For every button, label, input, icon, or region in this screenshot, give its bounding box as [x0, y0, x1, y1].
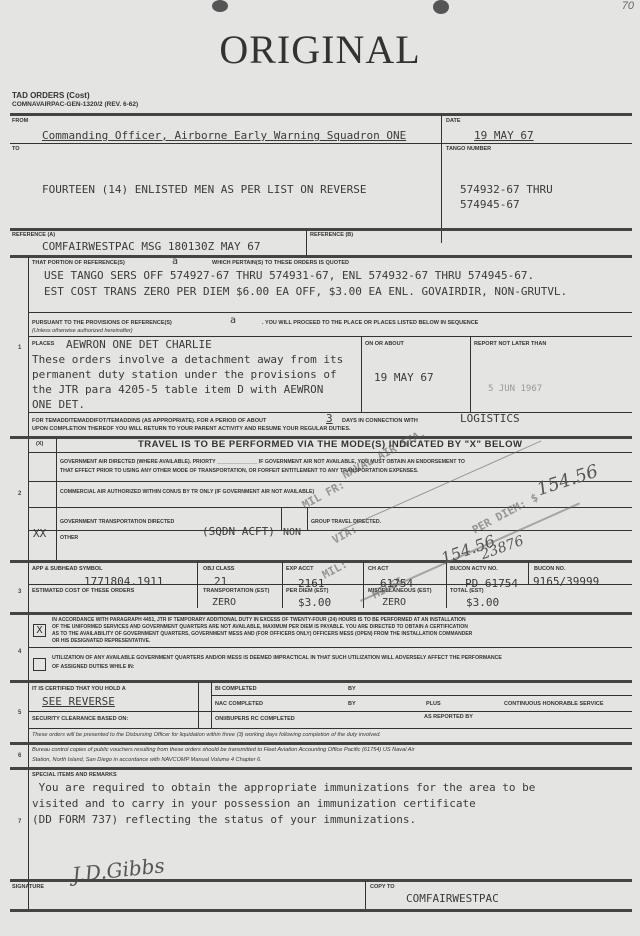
obj-label: OBJ CLASS [203, 566, 234, 572]
divider [282, 562, 283, 608]
quarters-certification-checkbox[interactable]: X [33, 624, 46, 637]
section-number: 1 [18, 345, 21, 351]
continuous-service-label: CONTINUOUS HONORABLE SERVICE [504, 701, 604, 707]
disbursing-note: These orders will be presented to the Di… [32, 730, 381, 740]
remarks-line: visited and to carry in your possession … [32, 797, 476, 810]
pursuant-ref: a [230, 315, 236, 326]
stamp-via: VIA: [330, 523, 360, 547]
bucon-label: BUCON NO. [534, 566, 565, 572]
divider [28, 530, 632, 531]
places-label: PLACES [32, 341, 54, 347]
divider [10, 612, 632, 615]
divider [211, 695, 632, 696]
from-label: FROM [12, 118, 28, 124]
plus-label: PLUS [426, 701, 441, 707]
divider [28, 312, 632, 313]
divider [446, 562, 447, 608]
misc-value: ZERO [382, 597, 406, 608]
section-number: 3 [18, 589, 21, 595]
certified-label: IT IS CERTIFIED THAT YOU HOLD A [32, 686, 126, 692]
app-value: 1771804.1911 [84, 575, 163, 588]
punch-hole [433, 0, 449, 14]
divider [28, 711, 632, 712]
divider [306, 230, 307, 255]
margin-line [28, 257, 29, 909]
divider [197, 562, 198, 608]
gov-transport-mark: XX [33, 527, 46, 540]
divider [10, 560, 632, 563]
date-value: 19 MAY 67 [474, 129, 534, 142]
bucon-value: 9165/39999 [533, 575, 599, 588]
bucon-activity-label: BUCON ACTV NO. [450, 566, 498, 572]
per-diem-label: PER DIEM (est) [286, 588, 328, 594]
page-number: 70 [622, 0, 634, 12]
report-date-stamp: 5 JUN 1967 [488, 384, 542, 394]
to-label: TO [12, 146, 20, 152]
reference-a-value: COMFAIRWESTPAC MSG 180130Z MAY 67 [42, 240, 261, 253]
divider [211, 682, 212, 729]
handwritten-amount: 154.56 [534, 461, 600, 500]
divider [281, 507, 282, 530]
ch-label: CH ACT [368, 566, 389, 572]
connection-value: LOGISTICS [460, 412, 520, 425]
quoted-label-post: WHICH PERTAIN(S) TO THESE ORDERS IS QUOT… [212, 260, 349, 266]
divider [441, 115, 442, 243]
section-number: 6 [18, 753, 21, 759]
on-or-about-label: ON OR ABOUT [365, 341, 404, 347]
exp-label: EXP ACCT [286, 566, 314, 572]
bi-by-label: BY [348, 686, 356, 692]
from-value: Commanding Officer, Airborne Early Warni… [42, 129, 406, 142]
section4-para1-line: OF THE UNIFORMED SERVICES AND GOVERNMENT… [52, 624, 468, 631]
place-value: AEWRON ONE DET CHARLIE [66, 338, 212, 351]
divider [10, 909, 632, 912]
copy-to-label: COPY TO [370, 884, 395, 890]
form-number: COMNAVAIRPAC-GEN-1320/2 (REV. 6-62) [12, 101, 138, 108]
to-value: FOURTEEN (14) ENLISTED MEN AS PER LIST O… [42, 183, 367, 196]
quoted-ref: a [172, 256, 178, 267]
section6-line2: Station, North Island, San Diego in acco… [32, 755, 262, 765]
divider [28, 647, 632, 648]
divider [10, 680, 632, 683]
total-label: TOTAL (est) [450, 588, 484, 594]
quoted-line2: EST COST TRANS ZERO PER DIEM $6.00 EA OF… [44, 285, 567, 298]
tango-label: TANGO NUMBER [446, 146, 491, 152]
divider [363, 562, 364, 608]
pursuant-label-pre: PURSUANT TO THE PROVISIONS OF REFERENCE(… [32, 320, 172, 326]
divider [10, 143, 632, 144]
period-days: 3 [326, 412, 333, 425]
section1-body-line: permanent duty station under the provisi… [32, 368, 337, 381]
remarks-line: (DD FORM 737) reflecting the status of y… [32, 813, 416, 826]
original-stamp-title: ORIGINAL [0, 26, 640, 73]
impractical-quarters-checkbox[interactable] [33, 658, 46, 671]
divider [10, 879, 632, 882]
report-label: REPORT NOT LATER THAN [474, 341, 546, 347]
tango-line2: 574945-67 [460, 198, 520, 211]
section4-para2-line: UTILIZATION OF ANY AVAILABLE GOVERNMENT … [52, 655, 502, 662]
punch-hole [212, 0, 228, 12]
estimated-cost-label: ESTIMATED COST OF THESE ORDERS [32, 588, 134, 594]
reference-b-label: REFERENCE (b) [310, 232, 353, 238]
gov-transport-value: (SQDN ACFT) [202, 525, 275, 538]
section-number: 5 [18, 710, 21, 716]
section4-para1-line: IN ACCORDANCE WITH PARAGRAPH 4451, JTR I… [52, 617, 466, 624]
obj-value: 21 [214, 575, 227, 588]
section4-para1-line: OR HIS DESIGNATED REPRESENTATIVE. [52, 638, 150, 645]
divider [28, 452, 632, 453]
divider [10, 255, 632, 258]
signature-label: SIGNATURE [12, 884, 44, 890]
divider [56, 438, 57, 560]
gov-transport-label: GOVERNMENT TRANSPORTATION DIRECTED [60, 519, 174, 526]
reported-by-label: AS REPORTED BY [424, 714, 473, 720]
total-value: $3.00 [466, 596, 499, 609]
transportation-value: ZERO [212, 597, 236, 608]
gov-air-line1: GOVERNMENT AIR DIRECTED (Where Available… [60, 459, 465, 466]
section-number: 4 [18, 649, 21, 655]
divider [361, 336, 362, 412]
quoted-label-pre: THAT PORTION OF REFERENCE(S) [32, 260, 125, 266]
section1-body-line: ONE DET. [32, 398, 85, 411]
other-label: OTHER [60, 535, 78, 542]
copy-to-value: COMFAIRWESTPAC [406, 892, 499, 905]
form-name: TAD ORDERS (Cost) [12, 91, 90, 100]
divider [198, 682, 199, 729]
commercial-air: COMMERCIAL AIR AUTHORIZED WITHIN CONUS B… [60, 489, 314, 496]
group-travel-label: GROUP TRAVEL DIRECTED. [311, 519, 381, 526]
clearance-value: SEE REVERSE [42, 695, 115, 708]
divider [10, 767, 632, 770]
bi-completed-label: BI COMPLETED [215, 686, 257, 692]
divider [28, 336, 632, 337]
app-label: APP & SUBHEAD SYMBOL [32, 566, 103, 572]
pursuant-note: (Unless otherwise authorized hereinafter… [32, 328, 133, 334]
divider [10, 228, 632, 231]
section4-para1-line: AS TO THE AVAILABILITY OF GOVERNMENT QUA… [52, 631, 472, 638]
travel-title: TRAVEL IS TO BE PERFORMED VIA THE MODE(S… [138, 439, 522, 450]
remarks-line: You are required to obtain the appropria… [32, 781, 535, 794]
clearance-based-on-label: SECURITY CLEARANCE BASED ON: [32, 716, 128, 722]
section-number: 2 [18, 491, 21, 497]
return-line: UPON COMPLETION THEREOF YOU WILL RETURN … [32, 426, 351, 432]
nac-by-label: BY [348, 701, 356, 707]
divider [10, 113, 632, 116]
pursuant-label-post: . YOU WILL PROCEED TO THE PLACE OR PLACE… [262, 320, 478, 326]
nac-completed-label: NAC COMPLETED [215, 701, 263, 707]
divider [470, 336, 471, 412]
divider [365, 881, 366, 909]
divider [528, 562, 529, 584]
divider [28, 584, 632, 585]
period-label-pre: FOR TEMADD/TEMADDIFOT/TEMADDINS (as appr… [32, 418, 266, 424]
travel-x-column-label: (X) [36, 441, 43, 447]
section6-line1: Bureau control copies of public vouchers… [32, 745, 415, 755]
per-diem-value: $3.00 [298, 596, 331, 609]
section1-body-line: These orders involve a detachment away f… [32, 353, 343, 366]
oni-bupers-label: ONI/BUPERS RC COMPLETED [215, 716, 295, 722]
divider [28, 507, 632, 508]
section1-body-line: the JTR para 4205-5 table item D with AE… [32, 383, 323, 396]
section-number: 7 [18, 819, 21, 825]
tango-line1: 574932-67 THRU [460, 183, 553, 196]
section4-para2-line: OF ASSIGNED DUTIES WHILE IN: [52, 664, 135, 671]
special-items-label: SPECIAL ITEMS AND REMARKS [32, 772, 117, 778]
on-or-about-value: 19 MAY 67 [374, 371, 434, 384]
date-label: DATE [446, 118, 461, 124]
quoted-line1: USE TANGO SERS OFF 574927-67 THRU 574931… [44, 269, 534, 282]
period-label-post: DAYS IN CONNECTION WITH [342, 418, 418, 424]
divider [28, 728, 632, 729]
transportation-label: TRANSPORTATION (est) [203, 588, 269, 594]
non-group-mark: NON [283, 527, 301, 538]
reference-a-label: REFERENCE (a) [12, 232, 55, 238]
